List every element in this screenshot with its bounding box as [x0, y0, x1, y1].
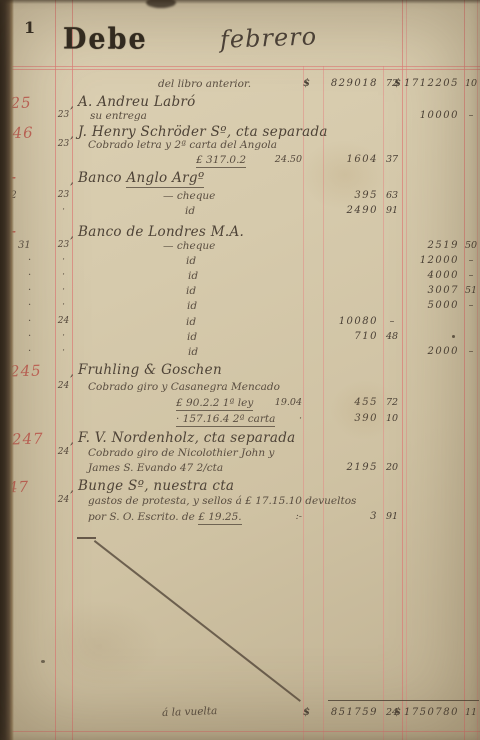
- amount-value: 5000: [403, 300, 459, 311]
- date-cell: 23: [56, 240, 71, 250]
- total-cents-col2: 11: [463, 707, 479, 718]
- cents-value: 50: [463, 240, 479, 251]
- cents-value: 91: [383, 205, 401, 216]
- margin-folio: ·: [28, 331, 31, 342]
- date-cell: 24: [56, 447, 71, 457]
- amount-value: 2519: [403, 240, 459, 251]
- margin-folio: ·: [28, 316, 31, 327]
- ledger-page: 1 Debe febrero del libro anterior.$82901…: [0, 0, 480, 740]
- amount-value: 710: [318, 331, 378, 342]
- ink-speck: [41, 660, 45, 663]
- date-cell: ·: [56, 331, 71, 341]
- date-cell: ·: [56, 285, 71, 295]
- rate-value: 24.50: [236, 154, 302, 165]
- entry-text: Banco Anglo Argº: [78, 170, 204, 186]
- amount-value: 2490: [318, 205, 378, 216]
- ledger-row: 24Cobrado giro y Casanegra Mencado: [0, 381, 480, 398]
- cents-value: –: [383, 316, 401, 327]
- entry-text: A. Andreu Labró: [78, 94, 196, 110]
- ledger-row: · 157.16.4 2ª carta·39010: [0, 413, 480, 430]
- entry-mark: ,: [70, 365, 74, 379]
- totals-row: $ 851759 24 $ 1750780 11: [0, 707, 480, 723]
- currency-sign: $: [394, 78, 401, 89]
- rate-value: :-: [236, 511, 302, 522]
- currency-sign: $: [303, 707, 310, 718]
- entry-mark: ,: [70, 433, 74, 447]
- entry-text: su entrega: [90, 110, 147, 122]
- book-binding-edge: [0, 0, 14, 740]
- ledger-row: 247,F. V. Nordenholz, cta separada: [0, 430, 480, 447]
- debit-header: Debe: [63, 23, 148, 56]
- entry-text: Cobrado giro de Nicolothier John y: [88, 447, 274, 459]
- ruled-line-horizontal: [12, 66, 480, 67]
- cents-value: –: [463, 110, 479, 121]
- ledger-row: ·id249091: [0, 205, 480, 222]
- ledger-row: —,Banco de Londres M.A.: [0, 224, 480, 241]
- entry-text: — cheque: [163, 240, 215, 252]
- ledger-row: James S. Evando 47 2/cta219520: [0, 462, 480, 479]
- entry-text: por S. O. Escrito. de £ 19.25.: [88, 511, 242, 523]
- entry-text: id: [186, 285, 196, 297]
- entry-text: id: [187, 331, 197, 343]
- cents-value: 72: [383, 397, 401, 408]
- margin-folio: ·: [28, 285, 31, 296]
- entry-mark: ,: [70, 173, 74, 187]
- ledger-row: 24gastos de protesta, y sellos á £ 17.15…: [0, 495, 480, 512]
- entry-text: gastos de protesta, y sellos á £ 17.15.1…: [88, 495, 356, 507]
- ruled-line-horizontal: [12, 731, 480, 732]
- amount-value: 3: [318, 511, 378, 522]
- entry-text: id: [185, 205, 195, 217]
- currency-sign: $: [394, 707, 401, 718]
- amount-value: 10080: [318, 316, 378, 327]
- ledger-row: 47,Bunge Sº, nuestra cta: [0, 478, 480, 495]
- entry-text: del libro anterior.: [158, 78, 251, 90]
- cents-value: 91: [383, 511, 401, 522]
- total-amount-col1: 851759: [318, 707, 378, 718]
- month-header: febrero: [220, 22, 318, 53]
- rate-value: 19.04: [236, 397, 302, 408]
- amount-value: 10000: [403, 110, 459, 121]
- entry-mark: ,: [70, 481, 74, 495]
- date-cell: 24: [56, 316, 71, 326]
- cents-value: 10: [463, 78, 479, 89]
- ledger-row: 225,A. Andreu Labró: [0, 94, 480, 111]
- underlined-figure: Anglo Argº: [126, 170, 204, 188]
- entry-text: Banco de Londres M.A.: [78, 224, 244, 240]
- ruled-line-horizontal: [12, 69, 480, 70]
- ledger-row: £ 317.0.224.50160437: [0, 154, 480, 171]
- date-cell: ·: [56, 270, 71, 280]
- margin-folio: ·: [28, 346, 31, 357]
- ledger-row: 245,Fruhling & Goschen: [0, 362, 480, 379]
- cents-value: –: [463, 255, 479, 266]
- cents-value: 63: [383, 190, 401, 201]
- date-cell: ·: [56, 300, 71, 310]
- entry-text: — cheque: [163, 190, 215, 202]
- amount-value: 455: [318, 397, 378, 408]
- entry-text: Bunge Sº, nuestra cta: [78, 478, 234, 494]
- ledger-row: ··id5000–: [0, 300, 480, 317]
- total-amount-col2: 1750780: [403, 707, 459, 718]
- margin-folio: 245: [10, 361, 42, 380]
- cents-value: –: [463, 270, 479, 281]
- date-cell: ·: [56, 346, 71, 356]
- entry-text: Cobrado giro y Casanegra Mencado: [88, 381, 280, 393]
- date-cell: ·: [56, 255, 71, 265]
- cents-value: 20: [383, 462, 401, 473]
- date-cell: 24: [56, 495, 71, 505]
- entry-text: F. V. Nordenholz, cta separada: [78, 430, 296, 446]
- ink-dot: [452, 335, 455, 338]
- amount-value: 1712205: [403, 78, 459, 89]
- entry-text: id: [187, 300, 197, 312]
- entry-mark: ,: [70, 227, 74, 241]
- date-cell: 23: [56, 190, 71, 200]
- paper-stain: [40, 600, 160, 690]
- rate-value: ·: [236, 413, 302, 424]
- closing-diagonal: [94, 540, 301, 702]
- amount-value: 12000: [403, 255, 459, 266]
- entry-text: id: [188, 270, 198, 282]
- amount-value: 4000: [403, 270, 459, 281]
- entry-mark: ,: [70, 97, 74, 111]
- ledger-row: por S. O. Escrito. de £ 19.25.:-391: [0, 511, 480, 528]
- cents-value: –: [463, 346, 479, 357]
- currency-sign: $: [303, 78, 310, 89]
- cents-value: –: [463, 300, 479, 311]
- page-top-edge: [0, 0, 480, 4]
- margin-folio: ·: [28, 300, 31, 311]
- entry-text: Cobrado letra y 2ª carta del Angola: [88, 139, 277, 151]
- amount-value: 829018: [318, 78, 378, 89]
- margin-folio: 247: [12, 429, 44, 448]
- entry-text: id: [186, 255, 196, 267]
- ledger-row: —,Banco Anglo Argº: [0, 170, 480, 187]
- date-cell: 24: [56, 381, 71, 391]
- amount-value: 395: [318, 190, 378, 201]
- margin-folio: ·: [28, 255, 31, 266]
- margin-folio: 31: [18, 240, 31, 251]
- entry-text: id: [188, 346, 198, 358]
- cents-value: 37: [383, 154, 401, 165]
- margin-folio: ·: [28, 270, 31, 281]
- date-cell: 23: [56, 139, 71, 149]
- cents-value: 48: [383, 331, 401, 342]
- amount-value: 2000: [403, 346, 459, 357]
- closing-dash: [77, 537, 96, 539]
- cents-value: 10: [383, 413, 401, 424]
- entry-text: James S. Evando 47 2/cta: [88, 462, 223, 474]
- date-cell: ·: [56, 205, 71, 215]
- entry-text: J. Henry Schröder Sº, cta separada: [78, 124, 328, 140]
- total-rule: [328, 700, 479, 701]
- amount-value: 390: [318, 413, 378, 424]
- page-number: 1: [24, 18, 35, 37]
- date-cell: 23: [56, 110, 71, 120]
- ledger-row: del libro anterior.$82901872$171220510: [0, 78, 480, 95]
- amount-value: 1604: [318, 154, 378, 165]
- amount-value: 2195: [318, 462, 378, 473]
- ledger-row: ··id2000–: [0, 346, 480, 363]
- amount-value: 3007: [403, 285, 459, 296]
- entry-text: id: [186, 316, 196, 328]
- ledger-row: £ 90.2.2 1ª ley19.0445572: [0, 397, 480, 414]
- cents-value: 51: [463, 285, 479, 296]
- entry-text: Fruhling & Goschen: [78, 362, 222, 378]
